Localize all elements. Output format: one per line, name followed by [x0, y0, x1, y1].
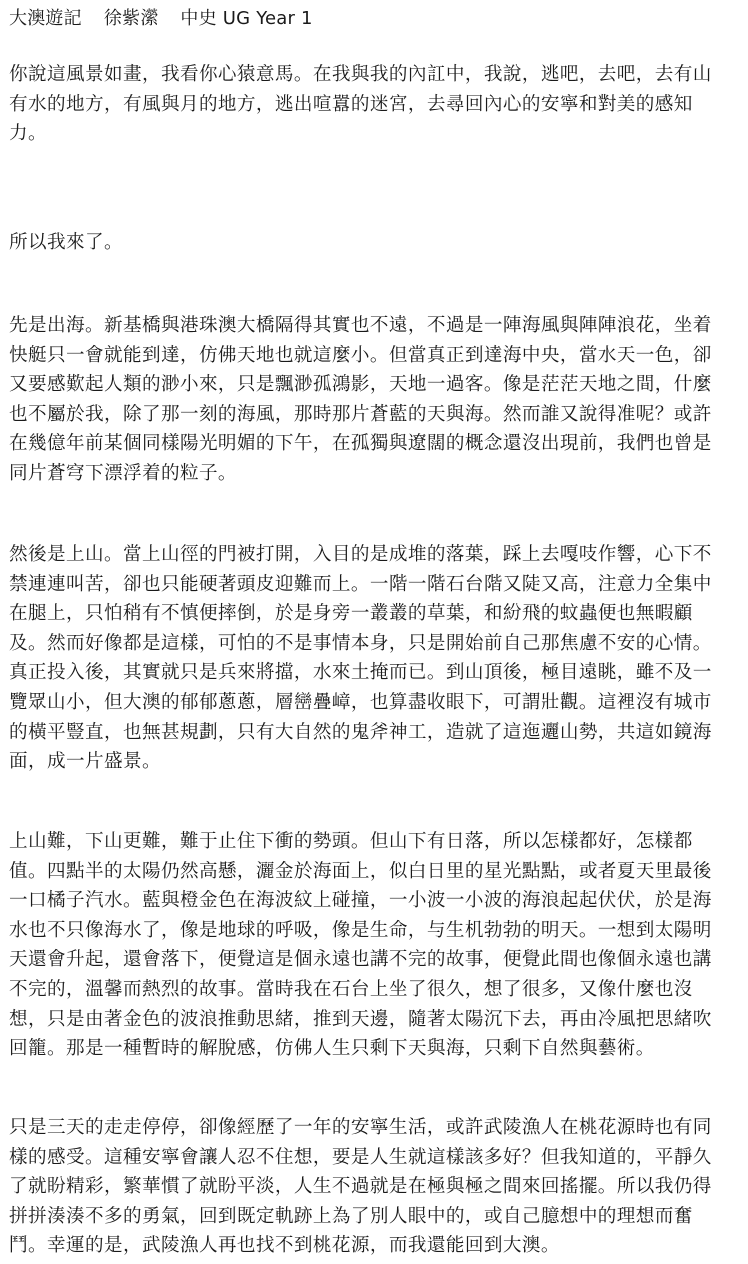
- text-line: 天還會升起，還會落下，便覺這是個永遠也講不完的故事，便覺此間也像個永遠也講: [9, 945, 744, 975]
- text-line: 在腿上，只怕稍有不慎便摔倒，於是身旁一叢叢的草葉，和紛飛的蚊蟲便也無暇顧: [9, 599, 744, 629]
- text-line: 了就盼精彩，繁華慣了就盼平淡，人生不過就是在極與極之間來回搖擺。所以我仍得: [9, 1172, 744, 1202]
- paragraph-mountain: 然後是上山。當上山徑的門被打開，入目的是成堆的落葉，踩上去嘎吱作響，心下不 禁連…: [9, 540, 744, 777]
- paragraph-sunset: 上山難，下山更難，難于止住下衝的勢頭。但山下有日落，所以怎樣都好，怎樣都 值。四…: [9, 827, 744, 1064]
- paragraph-conclusion: 只是三天的走走停停，卻像經歷了一年的安寧生活，或許武陵漁人在桃花源時也有同 樣的…: [9, 1113, 744, 1261]
- text-line: 想，只是由著金色的波浪推動思緒，推到天邊，隨著太陽沉下去，再由冷風把思緒吹: [9, 1005, 744, 1035]
- text-line: 在幾億年前某個同樣陽光明媚的下午，在孤獨與遼闊的概念還沒出現前，我們也曾是: [9, 429, 744, 459]
- text-line: 先是出海。新基橋與港珠澳大橋隔得其實也不遠，不過是一陣海風與陣陣浪花，坐着: [9, 311, 744, 341]
- text-line: 同片蒼穹下漂浮着的粒子。: [9, 459, 744, 489]
- text-line: 真正投入後，其實就只是兵來將擋，水來土掩而已。到山頂後，極目遠眺，雖不及一: [9, 658, 744, 688]
- text-line: 也不屬於我，除了那一刻的海風，那時那片蒼藍的天與海。然而誰又說得准呢？或許: [9, 400, 744, 430]
- text-line: 上山難，下山更難，難于止住下衝的勢頭。但山下有日落，所以怎樣都好，怎樣都: [9, 827, 744, 857]
- text-line: 快艇只一會就能到達，仿佛天地也就這麼小。但當真正到達海中央，當水天一色，卻: [9, 341, 744, 371]
- text-line: 不完的，溫馨而熱烈的故事。當時我在石台上坐了很久，想了很多，又像什麼也沒: [9, 975, 744, 1005]
- text-line: 樣的感受。這種安寧會讓人忍不住想，要是人生就這樣該多好？但我知道的，平靜久: [9, 1143, 744, 1173]
- course-label: 中史 UG Year 1: [180, 8, 312, 29]
- paragraph-sea: 先是出海。新基橋與港珠澳大橋隔得其實也不遠，不過是一陣海風與陣陣浪花，坐着 快艇…: [9, 311, 744, 489]
- text-line: 有水的地方，有風與月的地方，逃出喧囂的迷宮，去尋回內心的安寧和對美的感知: [9, 90, 744, 120]
- text-line: 拼拼湊湊不多的勇氣，回到既定軌跡上為了別人眼中的，或自己臆想中的理想而奮: [9, 1202, 744, 1232]
- text-line: 只是三天的走走停停，卻像經歷了一年的安寧生活，或許武陵漁人在桃花源時也有同: [9, 1113, 744, 1143]
- text-line: 然後是上山。當上山徑的門被打開，入目的是成堆的落葉，踩上去嘎吱作響，心下不: [9, 540, 744, 570]
- paragraph-arrival: 所以我來了。: [9, 228, 744, 258]
- text-line: 水也不只像海水了，像是地球的呼吸，像是生命，与生机勃勃的明天。一想到太陽明: [9, 916, 744, 946]
- author-name: 徐紫瀠: [104, 8, 159, 29]
- text-line: 所以我來了。: [9, 228, 744, 258]
- text-line: 又要感歎起人類的渺小來，只是飄渺孤鴻影，天地一過客。像是茫茫天地之間，什麼: [9, 370, 744, 400]
- text-line: 的橫平豎直，也無甚規劃，只有大自然的鬼斧神工，造就了這迤邐山勢，共這如鏡海: [9, 718, 744, 748]
- text-line: 一口橘子汽水。藍與橙金色在海波紋上碰撞，一小波一小波的海浪起起伏伏，於是海: [9, 886, 744, 916]
- text-line: 力。: [9, 119, 744, 149]
- text-line: 鬥。幸運的是，武陵漁人再也找不到桃花源，而我還能回到大澳。: [9, 1231, 744, 1261]
- text-line: 你說這風景如畫，我看你心猿意馬。在我與我的內訌中，我說，逃吧，去吧，去有山: [9, 60, 744, 90]
- text-line: 覽眾山小，但大澳的郁郁蔥蔥，層巒疊嶂，也算盡收眼下，可謂壯觀。這裡沒有城市: [9, 688, 744, 718]
- text-line: 禁連連叫苦，卻也只能硬著頭皮迎難而上。一階一階石台階又陡又高，注意力全集中: [9, 570, 744, 600]
- text-line: 面，成一片盛景。: [9, 747, 744, 777]
- text-line: 及。然而好像都是這樣，可怕的不是事情本身，只是開始前自己那焦慮不安的心情。: [9, 629, 744, 659]
- text-line: 值。四點半的太陽仍然高懸，灑金於海面上，似白日里的星光點點，或者夏天里最後: [9, 857, 744, 887]
- paragraph-intro: 你說這風景如畫，我看你心猿意馬。在我與我的內訌中，我說，逃吧，去吧，去有山 有水…: [9, 60, 744, 149]
- document-header: 大澳遊記徐紫瀠中史 UG Year 1: [9, 6, 335, 32]
- text-line: 回籠。那是一種暫時的解脫感，仿佛人生只剩下天與海，只剩下自然與藝術。: [9, 1034, 744, 1064]
- essay-title: 大澳遊記: [9, 8, 82, 29]
